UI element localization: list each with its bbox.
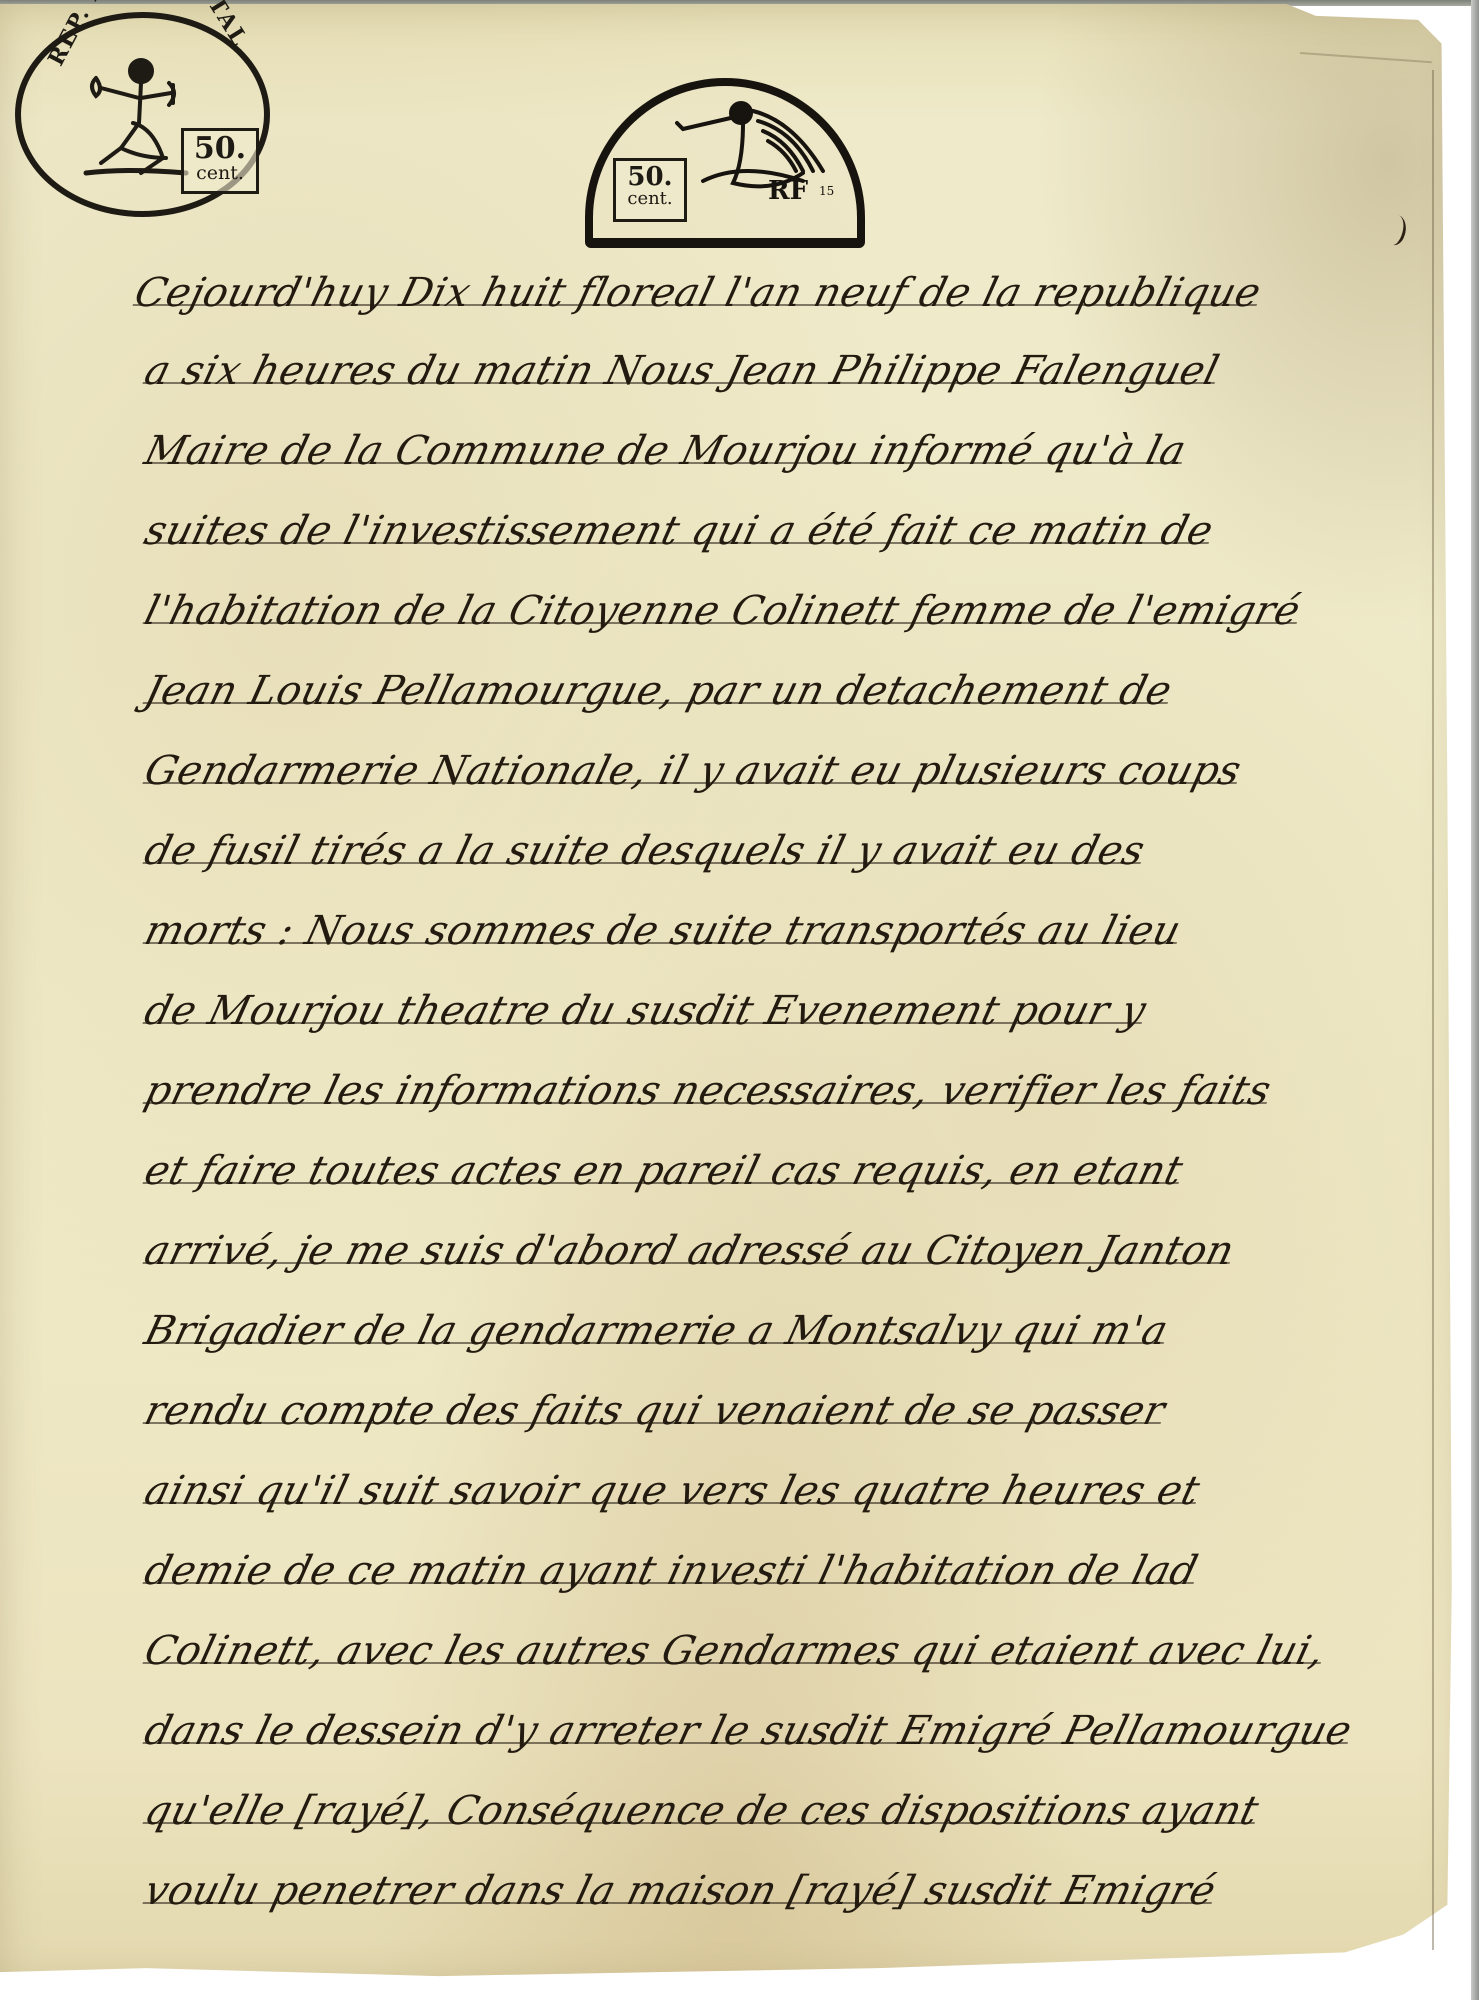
stamp-monogram: RF [768, 176, 808, 206]
manuscript-line: rendu compte des faits qui venaient de s… [140, 1388, 1170, 1434]
page-fold-line [1432, 70, 1434, 1950]
manuscript-line: l'habitation de la Citoyenne Colinett fe… [140, 588, 1305, 634]
manuscript-line: Gendarmerie Nationale, il y avait eu plu… [140, 748, 1246, 794]
stamp-value-unit: cent. [184, 164, 256, 183]
manuscript-line: et faire toutes actes en pareil cas requ… [140, 1148, 1188, 1194]
manuscript-line: ainsi qu'il suit savoir que vers les qua… [140, 1468, 1205, 1514]
manuscript-line: dans le dessein d'y arreter le susdit Em… [140, 1708, 1357, 1754]
manuscript-line: Brigadier de la gendarmerie a Montsalvy … [140, 1308, 1173, 1354]
seated-allegory-icon [81, 53, 191, 183]
manuscript-line: Maire de la Commune de Mourjou informé q… [140, 428, 1191, 474]
stamp-value-unit: cent. [616, 190, 684, 208]
stamp-value-box: 50. cent. [181, 128, 259, 194]
manuscript-line: suites de l'investissement qui a été fai… [140, 508, 1218, 554]
manuscript-line: voulu penetrer dans la maison [rayé] sus… [140, 1868, 1221, 1914]
stamp-value-number: 50. [184, 134, 256, 164]
manuscript-line: Colinett, avec les autres Gendarmes qui … [140, 1628, 1330, 1674]
manuscript-line: de Mourjou theatre du susdit Evenement p… [140, 988, 1151, 1034]
stamp-serial: 15 [819, 184, 834, 198]
manuscript-line: morts : Nous sommes de suite transportés… [140, 908, 1186, 954]
stamp-value-number: 50. [616, 164, 684, 190]
manuscript-line: de fusil tirés a la suite desquels il y … [140, 828, 1150, 874]
manuscript-line: Cejourd'huy Dix huit floreal l'an neuf d… [130, 270, 1266, 316]
manuscript-line: qu'elle [rayé], Conséquence de ces dispo… [140, 1788, 1263, 1834]
oval-revenue-stamp: REP. FRA. CANTAL. 50. cent. [15, 12, 270, 217]
stamp-value-box: 50. cent. [613, 158, 687, 222]
scanner-right-edge [1471, 0, 1479, 2000]
manuscript-line: arrivé, je me suis d'abord adressé au Ci… [140, 1228, 1239, 1274]
manuscript-line: a six heures du matin Nous Jean Philippe… [140, 348, 1224, 394]
manuscript-line: Jean Louis Pellamourgue, par un detachem… [140, 668, 1177, 714]
manuscript-line: prendre les informations necessaires, ve… [140, 1068, 1276, 1114]
manuscript-line: demie de ce matin ayant investi l'habita… [140, 1548, 1202, 1594]
